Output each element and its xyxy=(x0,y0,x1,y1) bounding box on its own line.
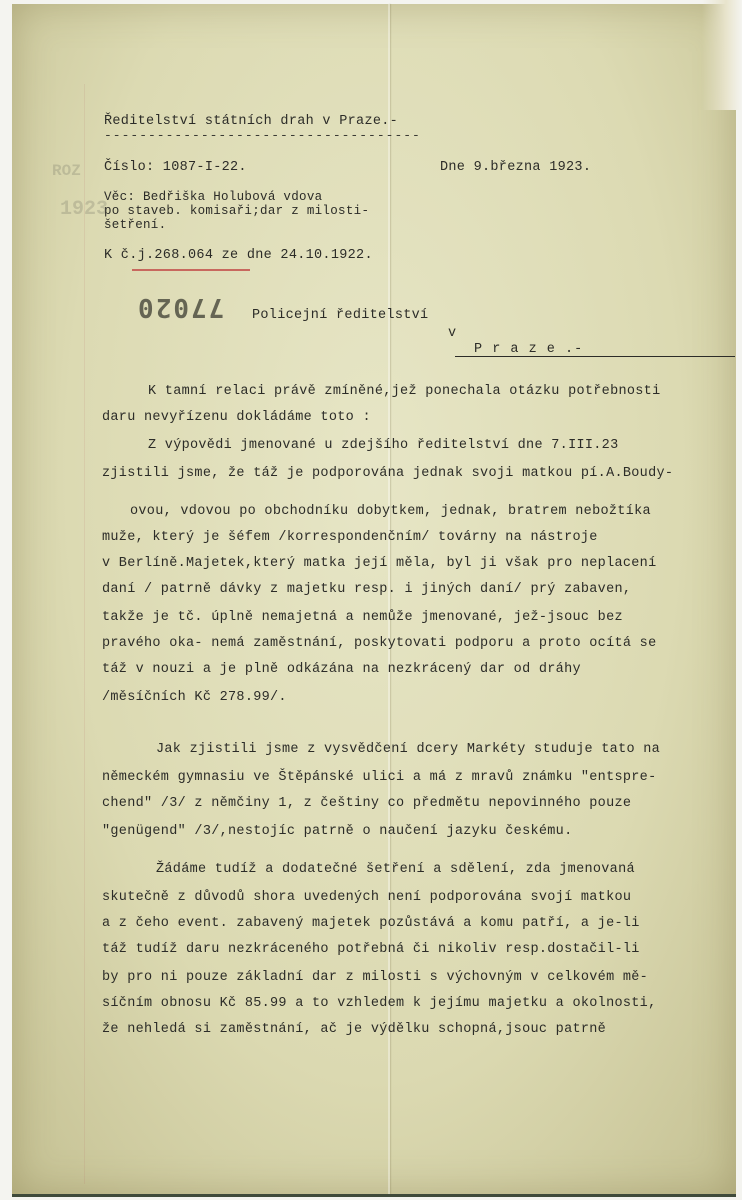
torn-corner xyxy=(702,0,742,110)
paper-fold xyxy=(388,4,390,1194)
red-pencil-underline xyxy=(132,269,250,271)
body-line: táž v nouzi a je plně odkázána na nezkrá… xyxy=(102,662,581,677)
body-line: že nehledá si zaměstnání, ač je výdělku … xyxy=(102,1022,606,1037)
body-line: by pro ni pouze základní dar z milosti s… xyxy=(102,970,648,985)
faded-stamp: ROZ xyxy=(52,162,81,180)
body-line: zjistili jsme, že táž je podporována jed… xyxy=(102,466,673,481)
addressee-underline xyxy=(455,356,735,357)
document-date: Dne 9.března 1923. xyxy=(440,160,591,175)
addressee-line-2: v xyxy=(448,326,456,341)
registry-stamp-number: 77020 xyxy=(136,292,224,322)
body-line: pravého oka- nemá zaměstnání, poskytovat… xyxy=(102,636,657,651)
body-line: ovou, vdovou po obchodníku dobytkem, jed… xyxy=(130,504,651,519)
addressee-line-1: Policejní ředitelství xyxy=(252,308,428,323)
margin-line xyxy=(84,84,85,1184)
body-line: síčním obnosu Kč 85.99 a to vzhledem k j… xyxy=(102,996,657,1011)
body-line: skutečně z důvodů shora uvedených není p… xyxy=(102,890,631,905)
body-line: Žádáme tudíž a dodatečné šetření a sděle… xyxy=(156,862,635,877)
subject-line-3: šetření. xyxy=(104,218,166,232)
document-page xyxy=(12,4,736,1197)
addressee-line-3: P r a z e .- xyxy=(474,342,583,357)
heading-dash-rule: ------------------------------------ xyxy=(104,128,421,143)
body-line: německém gymnasiu ve Štěpánské ulici a m… xyxy=(102,770,657,785)
body-line: a z čeho event. zabavený majetek pozůstá… xyxy=(102,916,640,931)
body-line: Jak zjistili jsme z vysvědčení dcery Mar… xyxy=(156,742,660,757)
body-line: muže, který je šéfem /korrespondenčním/ … xyxy=(102,530,598,545)
body-line: v Berlíně.Majetek,který matka její měla,… xyxy=(102,556,657,571)
faded-stamp-year: 1923 xyxy=(60,198,108,221)
body-line: "genügend" /3/,nestojíc patrně o naučení… xyxy=(102,824,572,839)
organization-heading: Ředitelství státních drah v Praze.- xyxy=(104,114,398,129)
body-line: chend" /3/ z němčiny 1, z češtiny co pře… xyxy=(102,796,631,811)
body-line: Z výpovědi jmenované u zdejšího ředitels… xyxy=(148,438,618,453)
body-line: táž tudíž daru nezkráceného potřebná či … xyxy=(102,942,640,957)
body-line: daní / patrně dávky z majetku resp. i ji… xyxy=(102,582,631,597)
body-line: daru nevyřízenu dokládáme toto : xyxy=(102,410,371,425)
body-line: K tamní relaci právě zmíněné,jež ponecha… xyxy=(148,384,660,399)
body-line: /měsíčních Kč 278.99/. xyxy=(102,690,287,705)
reference-line: K č.j.268.064 ze dne 24.10.1922. xyxy=(104,248,373,263)
subject-line-2: po staveb. komisaři;dar z milosti- xyxy=(104,204,369,218)
body-line: takže je tč. úplně nemajetná a nemůže jm… xyxy=(102,610,623,625)
subject-line-1: Věc: Bedřiška Holubová vdova xyxy=(104,190,322,204)
document-number: Číslo: 1087-I-22. xyxy=(104,160,247,175)
